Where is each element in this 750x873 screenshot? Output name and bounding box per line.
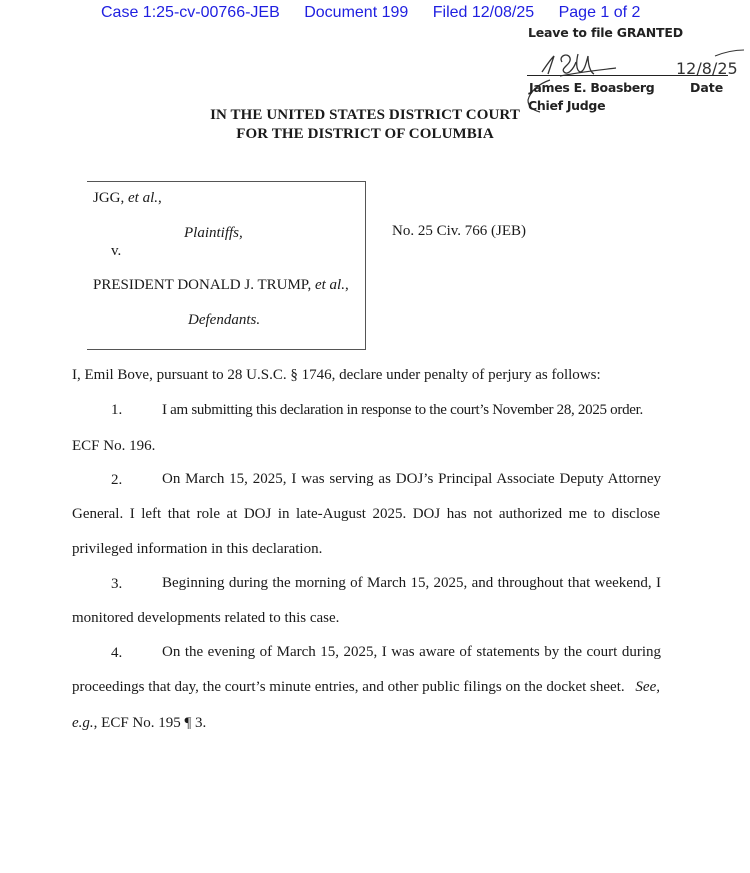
paragraph-3-line-1: Beginning during the morning of March 15… [162,575,661,592]
ecf-document-number: Document 199 [304,4,408,21]
paragraph-1-line-2: ECF No. 196. [72,438,155,455]
judge-name: James E. Boasberg [529,80,654,95]
signature-line [527,75,728,76]
defendants-role: Defendants. [188,312,260,329]
plaintiffs-role: Plaintiffs, [184,225,243,242]
date-label: Date [690,80,723,95]
declaration-intro: I, Emil Bove, pursuant to 28 U.S.C. § 17… [72,367,601,384]
case-number: No. 25 Civ. 766 (JEB) [392,223,526,240]
paragraph-2-line-2: General. I left that role at DOJ in late… [72,506,660,523]
plaintiff-name: JGG, et al., [93,190,162,207]
court-title-line1: IN THE UNITED STATES DISTRICT COURT [0,107,730,124]
paragraph-2-line-3: privileged information in this declarati… [72,541,322,558]
paragraph-number: 3. [111,576,122,593]
paragraph-number: 1. [111,402,122,419]
versus: v. [111,243,121,260]
paragraph-number: 4. [111,645,122,662]
paragraph-1-line-1: I am submitting this declaration in resp… [162,402,661,419]
paragraph-4-line-3: e.g., ECF No. 195 ¶ 3. [72,715,206,732]
paragraph-4-line-2: proceedings that day, the court’s minute… [72,679,660,696]
ecf-page-count: Page 1 of 2 [559,4,641,21]
ecf-filed-date: Filed 12/08/25 [433,4,534,21]
defendant-name: PRESIDENT DONALD J. TRUMP, et al., [93,277,349,294]
paragraph-3-line-2: monitored developments related to this c… [72,610,339,627]
paragraph-number: 2. [111,472,122,489]
ecf-case-number: Case 1:25-cv-00766-JEB [101,4,280,21]
court-title-line2: FOR THE DISTRICT OF COLUMBIA [0,126,730,143]
paragraph-4-line-1: On the evening of March 15, 2025, I was … [162,644,661,661]
ecf-header: Case 1:25-cv-00766-JEB Document 199 File… [101,4,640,22]
paragraph-2-line-1: On March 15, 2025, I was serving as DOJ’… [162,471,661,488]
leave-granted-label: Leave to file GRANTED [528,25,683,40]
